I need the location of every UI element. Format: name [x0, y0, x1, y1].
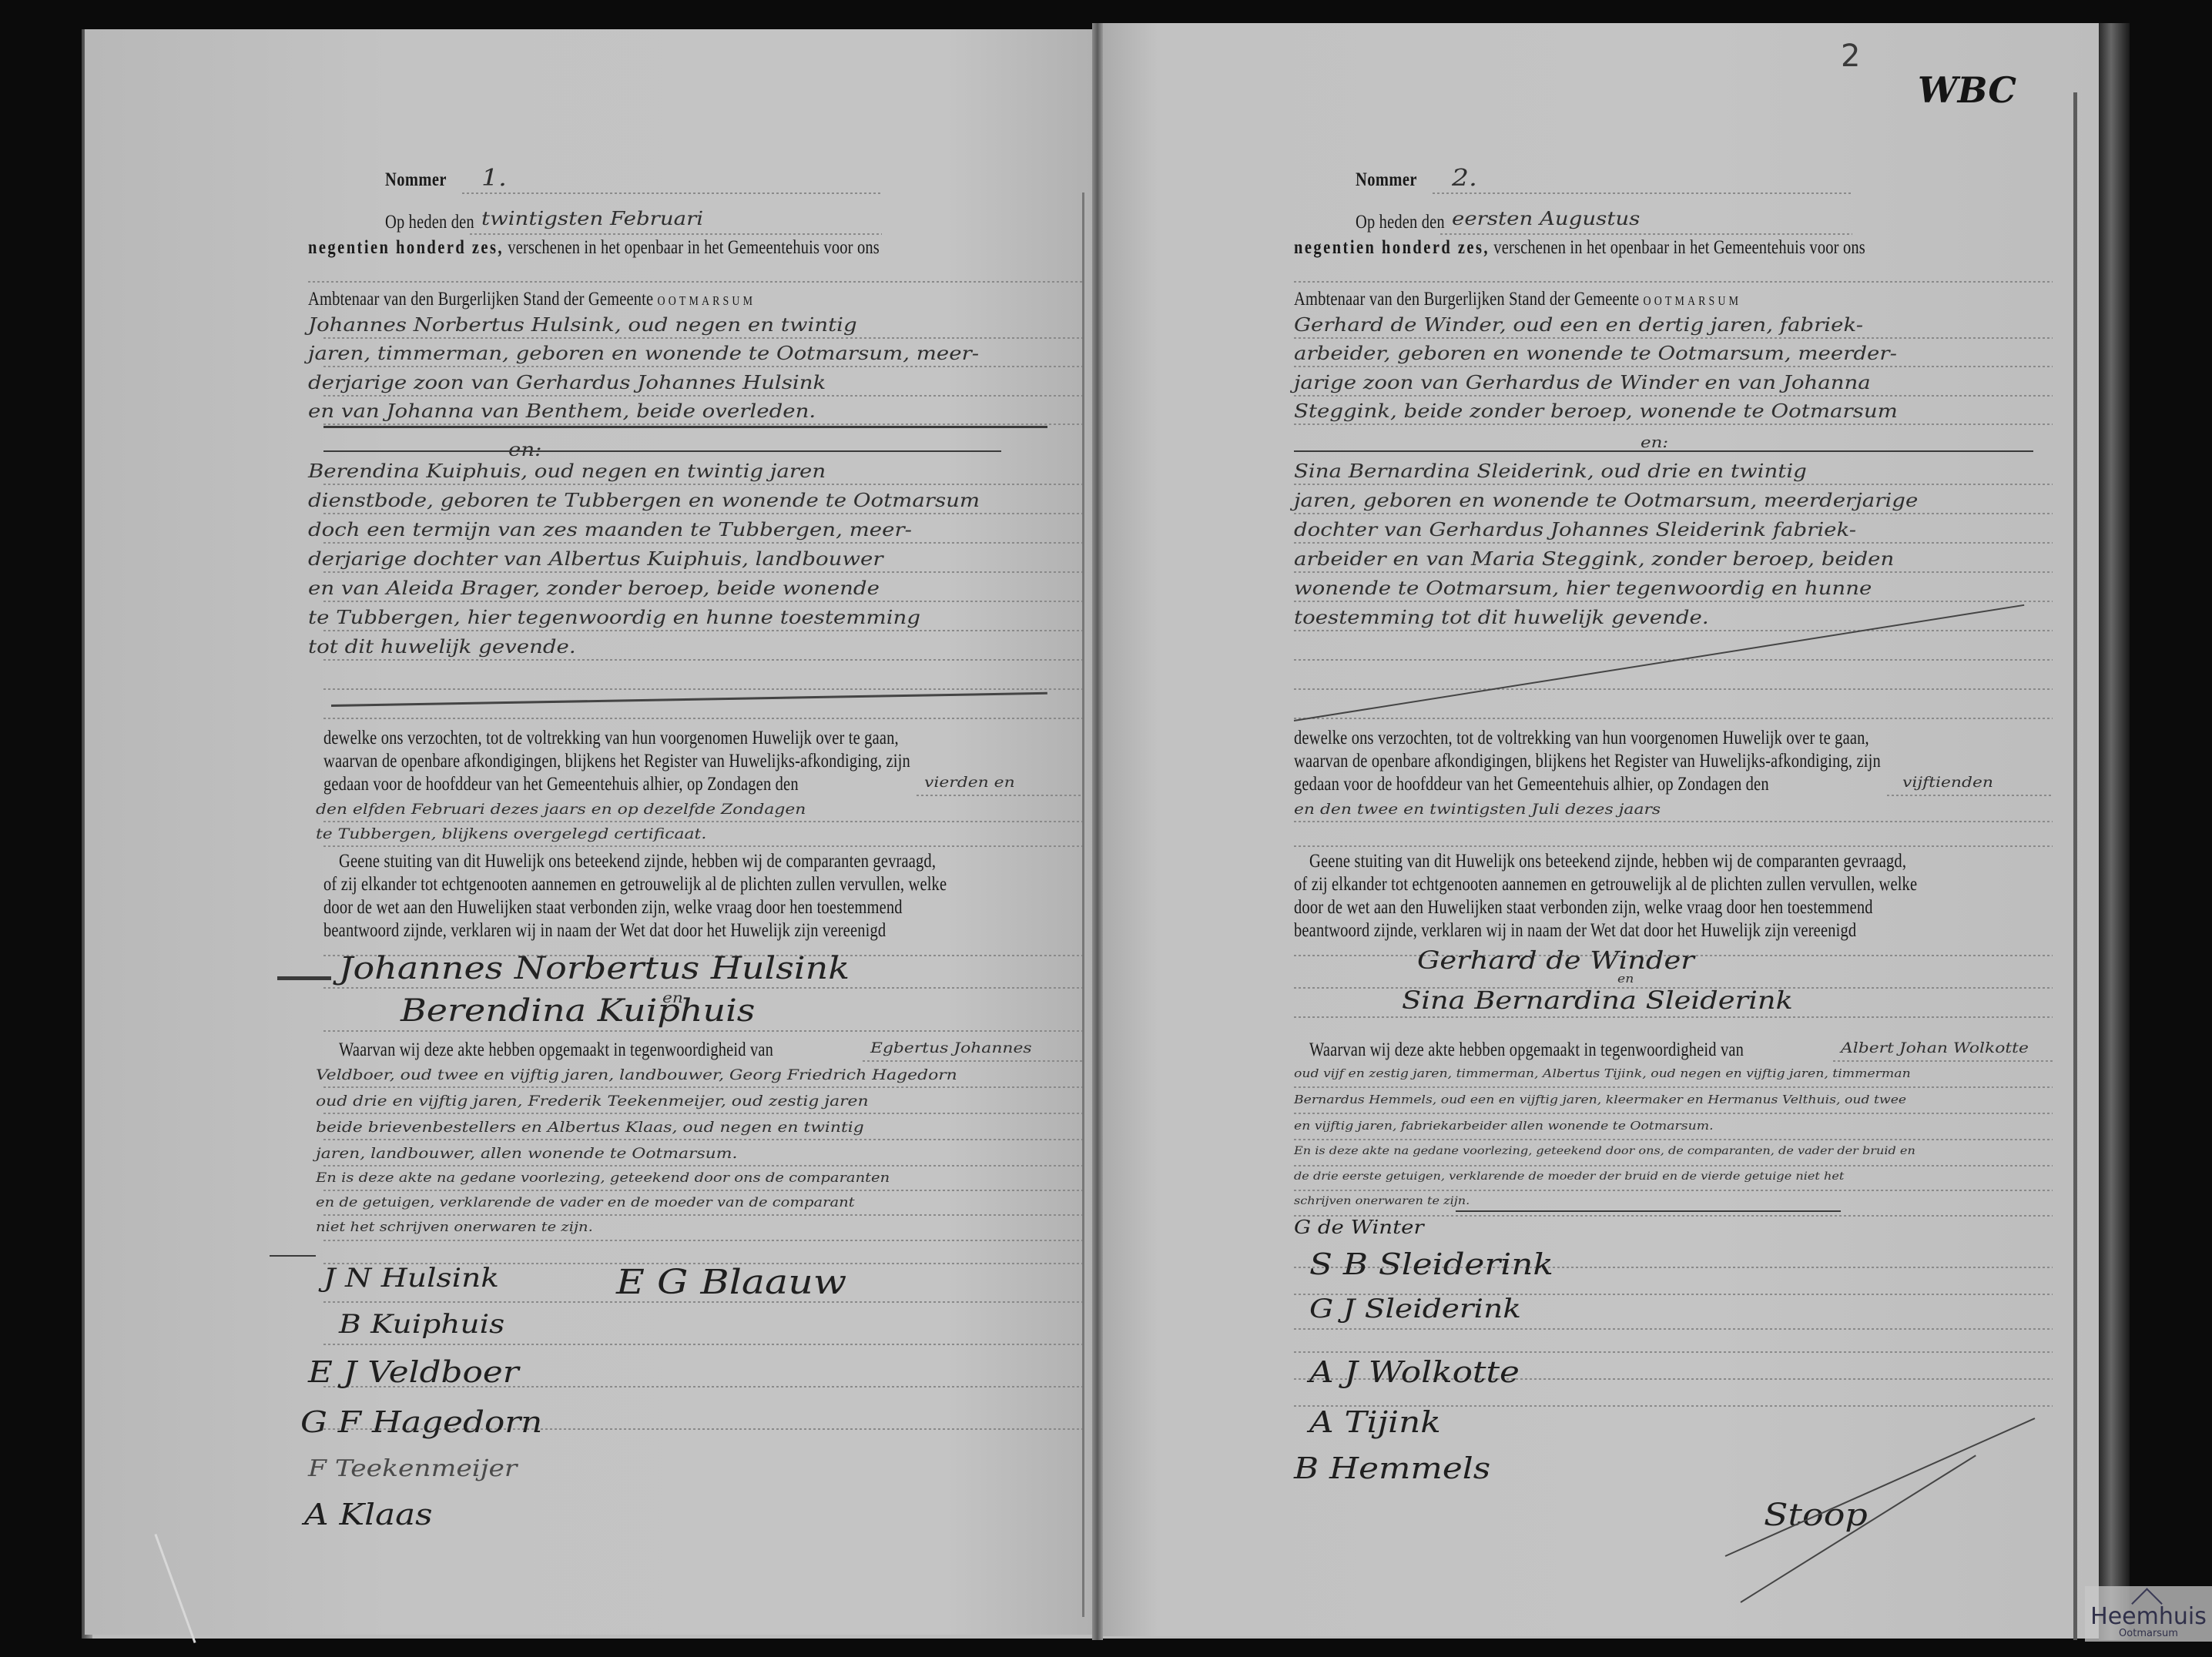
- bride-line: en van Aleida Brager, zonder beroep, bei…: [308, 577, 880, 599]
- gemeente-name: OOTMARSUM: [658, 293, 756, 308]
- ruled-line: [323, 1030, 1082, 1032]
- book-spine: [1092, 23, 1103, 1640]
- witness-line: jaren, landbouwer, allen wonende te Ootm…: [316, 1145, 737, 1162]
- ruled-line: [323, 513, 1082, 514]
- paragraph-line: dewelke ons verzochten, tot de voltrekki…: [323, 728, 899, 749]
- ruled-line: [1294, 366, 2053, 367]
- ruled-line: [323, 337, 1082, 339]
- ruled-line: [323, 845, 1082, 847]
- ruled-line: [323, 688, 1082, 690]
- ambtenaar-line: Ambtenaar van den Burgerlijken Stand der…: [308, 289, 756, 310]
- signature: A Tijink: [1309, 1405, 1441, 1439]
- signature: G F Hagedorn: [300, 1405, 542, 1439]
- ruled-line: [323, 630, 1082, 631]
- paragraph-line: of zij elkander tot echtgenooten aanneme…: [1294, 874, 1917, 895]
- nommer-label: Nommer: [385, 169, 447, 191]
- zondagen-hand: vierden en: [924, 774, 1015, 791]
- ruled-line: [470, 233, 882, 235]
- ruled-line: [323, 571, 1082, 573]
- signature: B Kuiphuis: [339, 1309, 504, 1340]
- witness-line: Egbertus Johannes: [870, 1039, 1032, 1056]
- signature: S B Sleiderink: [1309, 1247, 1553, 1281]
- nommer-label: Nommer: [1356, 169, 1417, 191]
- ruled-line: [323, 601, 1082, 602]
- ruled-line: [1294, 1016, 2053, 1018]
- signature: A Klaas: [304, 1498, 433, 1531]
- archive-logo: Heemhuis Ootmarsum: [2085, 1586, 2212, 1642]
- logo-subtitle: Ootmarsum: [2085, 1628, 2212, 1639]
- ruled-line: [1294, 821, 2053, 822]
- closing-stroke: [323, 450, 1001, 452]
- paragraph-line: Geene stuiting van dit Huwelijk ons bete…: [339, 851, 936, 872]
- bride-line: toestemming tot dit huwelijk gevende.: [1294, 607, 1709, 628]
- witness-line: oud vijf en zestig jaren, timmerman, Alb…: [1294, 1066, 1911, 1080]
- signature: A J Wolkotte: [1309, 1355, 1520, 1389]
- united-bride: Sina Bernardina Sleiderink: [1402, 986, 1793, 1015]
- ruled-line: [1294, 395, 2053, 397]
- ruled-line: [1294, 601, 2053, 602]
- groom-line: jaren, timmerman, geboren en wonende te …: [308, 343, 979, 364]
- groom-line: Gerhard de Winder, oud een en dertig jar…: [1294, 314, 1863, 336]
- waarvan-line: Waarvan wij deze akte hebben opgemaakt i…: [1309, 1039, 1744, 1061]
- ruled-line: [323, 1190, 1082, 1191]
- paragraph-line: gedaan voor de hoofddeur van het Gemeent…: [323, 774, 799, 795]
- ruled-line: [1294, 423, 2053, 425]
- groom-line: arbeider, geboren en wonende te Ootmarsu…: [1294, 343, 1897, 364]
- witness-line: En is deze akte na gedane voorlezing, ge…: [1294, 1145, 1915, 1157]
- bride-line: derjarige dochter van Albertus Kuiphuis,…: [308, 548, 883, 570]
- signature: E J Veldboer: [308, 1355, 519, 1389]
- ruled-line: [1294, 1165, 2053, 1167]
- paragraph-line: door de wet aan den Huwelijken staat ver…: [323, 897, 903, 919]
- paragraph-line: of zij elkander tot echtgenooten aanneme…: [323, 874, 947, 895]
- ruled-line: [323, 1139, 1082, 1140]
- groom-line: en van Johanna van Benthem, beide overle…: [308, 400, 816, 422]
- zondagen-hand: vijftienden: [1902, 774, 1993, 791]
- closing-stroke: [323, 426, 1047, 428]
- ambtenaar-label: Ambtenaar van den Burgerlijken Stand der…: [308, 289, 653, 310]
- signature: F Teekenmeijer: [308, 1455, 517, 1482]
- ruled-line: [863, 1060, 1082, 1062]
- signature: J N Hulsink: [323, 1263, 499, 1294]
- witness-line: Albert Johan Wolkotte: [1841, 1039, 2029, 1056]
- ruled-line: [1294, 337, 2053, 339]
- ruled-line: [1433, 192, 1852, 194]
- witness-line: niet het schrijven onerwaren te zijn.: [316, 1220, 593, 1235]
- right-margin-rule: [2073, 92, 2077, 1640]
- ruled-line: [323, 366, 1082, 367]
- ruled-line: [1294, 1351, 2053, 1353]
- ruled-line: [323, 542, 1082, 544]
- bride-line: tot dit huwelijk gevende.: [308, 636, 576, 658]
- bride-line: Berendina Kuiphuis, oud negen en twintig…: [308, 460, 826, 482]
- en-label: en:: [1641, 433, 1668, 451]
- zondagen-hand: en den twee en twintigsten Juli dezes ja…: [1294, 801, 1661, 818]
- paragraph-line: gedaan voor de hoofddeur van het Gemeent…: [1294, 774, 1769, 795]
- archive-stamp: WBC: [1918, 69, 2016, 111]
- signature: B Hemmels: [1294, 1451, 1490, 1485]
- signature: G J Sleiderink: [1309, 1294, 1521, 1324]
- ruled-line: [1294, 513, 2053, 514]
- ruled-line: [1294, 1139, 2053, 1140]
- witness-line: en de getuigen, verklarende de vader en …: [316, 1195, 855, 1210]
- bride-line: jaren, geboren en wonende te Ootmarsum, …: [1294, 490, 1918, 511]
- ruled-line: [1294, 281, 2053, 283]
- op-heden-value: eersten Augustus: [1452, 208, 1640, 229]
- year-line: negentien honderd zes, verschenen in het…: [308, 237, 880, 259]
- paragraph-line: beantwoord zijnde, verklaren wij in naam…: [1294, 920, 1856, 942]
- signature: G de Winter: [1294, 1217, 1424, 1238]
- ruled-line: [462, 192, 882, 194]
- witness-line: de drie eerste getuigen, verklarende de …: [1294, 1170, 1844, 1183]
- groom-line: derjarige zoon van Gerhardus Johannes Hu…: [308, 372, 826, 393]
- bride-line: te Tubbergen, hier tegenwoordig en hunne…: [308, 607, 920, 628]
- ruled-line: [1294, 1113, 2053, 1114]
- ruled-line: [323, 1086, 1082, 1088]
- bride-line: doch een termijn van zes maanden te Tubb…: [308, 519, 912, 541]
- bride-line: Sina Bernardina Sleiderink, oud drie en …: [1294, 460, 1807, 482]
- op-heden-label: Op heden den: [385, 212, 474, 233]
- ambtenaar-line: Ambtenaar van den Burgerlijken Stand der…: [1294, 289, 1741, 310]
- ruled-line: [323, 1240, 1082, 1241]
- ruled-line: [1294, 845, 2053, 847]
- united-en: en: [1617, 972, 1634, 986]
- ambtenaar-label: Ambtenaar van den Burgerlijken Stand der…: [1294, 289, 1639, 310]
- ruled-line: [323, 987, 1082, 989]
- groom-line: jarige zoon van Gerhardus de Winder en v…: [1294, 372, 1871, 393]
- year-rest: verschenen in het openbaar in het Gemeen…: [508, 237, 880, 258]
- left-record: Nommer 1. Op heden den twintigsten Febru…: [323, 154, 1082, 1617]
- witness-line: En is deze akte na gedane voorlezing, ge…: [316, 1170, 890, 1186]
- closing-stroke: [1456, 1210, 1841, 1212]
- ruled-line: [323, 718, 1082, 719]
- zondagen-hand: te Tubbergen, blijkens overgelegd certif…: [316, 825, 706, 842]
- ruled-line: [1294, 718, 2053, 719]
- paragraph-line: dewelke ons verzochten, tot de voltrekki…: [1294, 728, 1869, 749]
- flourish: [277, 976, 331, 980]
- op-heden-label: Op heden den: [1356, 212, 1445, 233]
- groom-line: Johannes Norbertus Hulsink, oud negen en…: [308, 314, 857, 336]
- book-right-edge: [2099, 23, 2130, 1640]
- ruled-line: [323, 1113, 1082, 1114]
- signature: E G Blaauw: [616, 1263, 846, 1302]
- zondagen-hand: den elfden Februari dezes jaars en op de…: [316, 801, 806, 818]
- nommer-value: 2.: [1452, 165, 1477, 192]
- ruled-line: [917, 795, 1082, 796]
- witness-line: Veldboer, oud twee en vijftig jaren, lan…: [316, 1066, 957, 1083]
- bride-line: dienstbode, geboren te Tubbergen en wone…: [308, 490, 980, 511]
- paragraph-line: Geene stuiting van dit Huwelijk ons bete…: [1309, 851, 1906, 872]
- strike-line: [331, 692, 1047, 707]
- ruled-line: [1294, 542, 2053, 544]
- witness-line: en vijftig jaren, fabriekarbeider allen …: [1294, 1119, 1714, 1133]
- paragraph-line: beantwoord zijnde, verklaren wij in naam…: [323, 920, 886, 942]
- ruled-line: [1294, 630, 2053, 631]
- year-bold: negentien honderd zes,: [1294, 237, 1490, 258]
- ruled-line: [1294, 484, 2053, 485]
- witness-line: Bernardus Hemmels, oud een en vijftig ja…: [1294, 1093, 1906, 1106]
- bride-line: dochter van Gerhardus Johannes Sleiderin…: [1294, 519, 1856, 541]
- year-bold: negentien honderd zes,: [308, 237, 504, 258]
- ruled-line: [1294, 1190, 2053, 1191]
- paragraph-line: waarvan de openbare afkondigingen, blijk…: [323, 751, 910, 772]
- groom-line: Steggink, beide zonder beroep, wonende t…: [1294, 400, 1898, 422]
- ruled-line: [323, 395, 1082, 397]
- united-bride: Berendina Kuiphuis: [401, 993, 755, 1029]
- op-heden-value: twintigsten Februari: [481, 208, 703, 229]
- flourish: [270, 1255, 316, 1257]
- ruled-line: [1294, 1086, 2053, 1088]
- ruled-line: [323, 1344, 1082, 1345]
- year-rest: verschenen in het openbaar in het Gemeen…: [1493, 237, 1865, 258]
- united-groom: Gerhard de Winder: [1417, 946, 1694, 975]
- gemeente-name: OOTMARSUM: [1644, 293, 1742, 308]
- ruled-line: [323, 1214, 1082, 1216]
- united-groom: Johannes Norbertus Hulsink: [339, 951, 850, 986]
- right-record: Nommer 2. Op heden den eersten Augustus …: [1294, 154, 2053, 1617]
- ruled-line: [323, 659, 1082, 661]
- ruled-line: [323, 1165, 1082, 1167]
- witness-line: schrijven onerwaren te zijn.: [1294, 1195, 1470, 1207]
- ruled-line: [1440, 233, 1852, 235]
- ruled-line: [1294, 571, 2053, 573]
- ruled-line: [323, 423, 1082, 425]
- ruled-line: [308, 281, 1082, 283]
- year-line: negentien honderd zes, verschenen in het…: [1294, 237, 1865, 259]
- ruled-line: [1887, 795, 2053, 796]
- paragraph-line: door de wet aan den Huwelijken staat ver…: [1294, 897, 1873, 919]
- ruled-line: [323, 821, 1082, 822]
- waarvan-line: Waarvan wij deze akte hebben opgemaakt i…: [339, 1039, 773, 1061]
- logo-name: Heemhuis: [2085, 1603, 2212, 1630]
- left-margin-rule: [1082, 192, 1084, 1617]
- ruled-line: [1294, 688, 2053, 690]
- paragraph-line: waarvan de openbare afkondigingen, blijk…: [1294, 751, 1881, 772]
- signature-flourish: [1725, 1418, 2036, 1557]
- page-number: 2: [1841, 38, 1860, 74]
- witness-line: beide brievenbestellers en Albertus Klaa…: [316, 1119, 864, 1136]
- ruled-line: [323, 484, 1082, 485]
- bride-line: wonende te Ootmarsum, hier tegenwoordig …: [1294, 577, 1872, 599]
- en-label: en:: [508, 439, 541, 460]
- nommer-value: 1.: [481, 165, 507, 192]
- ruled-line: [1833, 1060, 2053, 1062]
- witness-line: oud drie en vijftig jaren, Frederik Teek…: [316, 1093, 869, 1110]
- bride-line: arbeider en van Maria Steggink, zonder b…: [1294, 548, 1894, 570]
- ruled-line: [1294, 1328, 2053, 1330]
